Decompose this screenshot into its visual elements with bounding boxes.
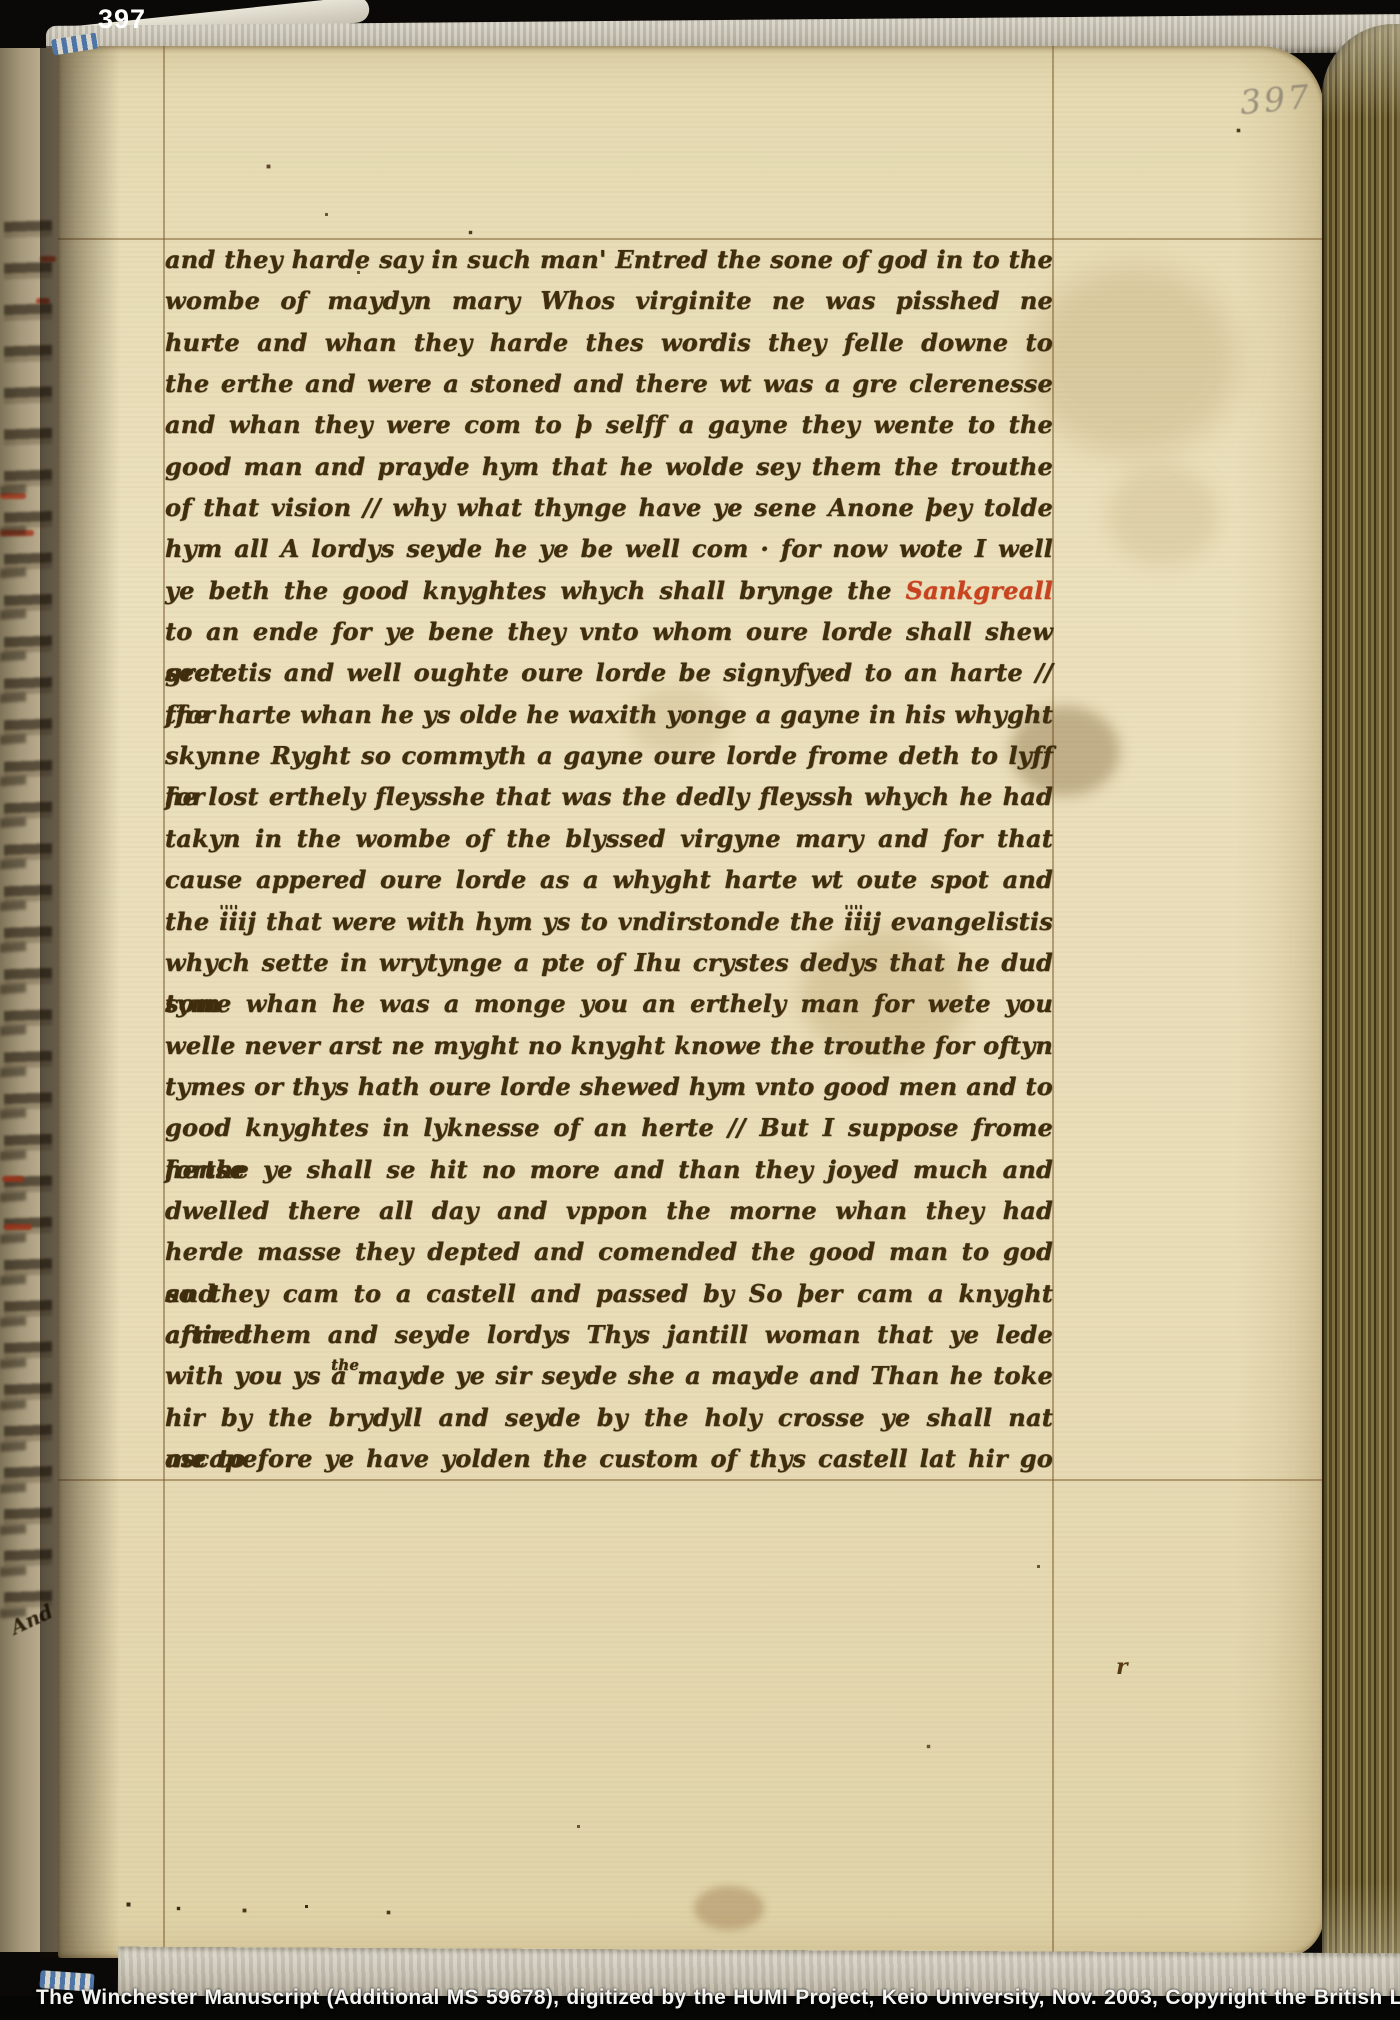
text-segment: the erthe and were a stoned and there wt…: [165, 369, 1053, 398]
rubric-mark: [0, 530, 34, 536]
text-segment: with you ys: [165, 1361, 331, 1390]
text-segment: he lost erthely fleysshe that was the de…: [165, 782, 1053, 811]
manuscript-line: welle never arst ne myght no knyght know…: [165, 1025, 1053, 1066]
text-segment: of that vision // why what thynge have y…: [165, 493, 1053, 522]
manuscript-photograph: And po 397 and they harde say in such ma…: [0, 0, 1400, 2020]
rubric-mark: [0, 493, 26, 499]
pencil-folio-number: 397: [1238, 77, 1313, 122]
manuscript-line: secretis and well oughte oure lorde be s…: [165, 652, 1053, 693]
manuscript-line: he lost erthely fleysshe that was the de…: [165, 776, 1053, 817]
rubric-mark: [2, 1176, 24, 1182]
manuscript-line: so they cam to a castell and passed by S…: [165, 1273, 1053, 1314]
manuscript-line: tymes or thys hath oure lorde shewed hym…: [165, 1066, 1053, 1107]
manuscript-line: wombe of maydyn mary Whos virginite ne w…: [165, 280, 1053, 321]
manuscript-line: aftir them and seyde lordys Thys jantill…: [165, 1314, 1053, 1355]
manuscript-line: the ''''iiij that were with hym ys to vn…: [165, 901, 1053, 942]
text-segment: tyme whan he was a monge you an erthely …: [165, 989, 1053, 1018]
text-segment: cause appered oure lorde as a whyght har…: [165, 865, 1053, 894]
text-segment: the: [165, 907, 219, 936]
text-segment: aftir them and seyde lordys Thys jantill…: [165, 1320, 1053, 1349]
text-segment: and they harde say in such man' Entred t…: [165, 245, 1053, 274]
manuscript-line: takyn in the wombe of the blyssed virgyn…: [165, 818, 1053, 859]
text-segment: ye beth the good knyghtes whych shall br…: [165, 576, 906, 605]
text-segment: forthe ye shall se hit no more and than …: [165, 1155, 1053, 1184]
text-segment: wombe of maydyn mary Whos virginite ne w…: [165, 286, 1053, 315]
text-segment: takyn in the wombe of the blyssed virgyn…: [165, 824, 1053, 853]
manuscript-page: 397 and they harde say in such man' Entr…: [58, 46, 1324, 1958]
manuscript-line: forthe ye shall se hit no more and than …: [165, 1149, 1053, 1190]
manuscript-line: skynne Ryght so commyth a gayne oure lor…: [165, 735, 1053, 776]
quire-signature: r: [1116, 1654, 1128, 1680]
rubric-word: Sankgreall: [906, 576, 1053, 605]
manuscript-line: with you ys thea mayde ye sir seyde she …: [165, 1355, 1053, 1396]
parchment-stain: [1028, 266, 1238, 456]
text-segment: hurte and whan they harde thes wordis th…: [165, 328, 1053, 357]
manuscript-line: hurte and whan they harde thes wordis th…: [165, 322, 1053, 363]
rubric-mark: [4, 1224, 32, 1230]
fore-edge-pages: [1322, 24, 1400, 2010]
parchment-stain: [694, 1886, 764, 1930]
manuscript-line: whych sette in wrytynge a pte of Ihu cry…: [165, 942, 1053, 983]
manuscript-line: the erthe and were a stoned and there wt…: [165, 363, 1053, 404]
manuscript-line: and they harde say in such man' Entred t…: [165, 239, 1053, 280]
text-segment: good man and prayde hym that he wolde se…: [165, 452, 1053, 481]
manuscript-line: herde masse they depted and comended the…: [165, 1231, 1053, 1272]
manuscript-line: good man and prayde hym that he wolde se…: [165, 446, 1053, 487]
text-segment: tymes or thys hath oure lorde shewed hym…: [165, 1072, 1053, 1101]
parchment-stain: [1108, 466, 1218, 566]
rubric-mark: [40, 256, 56, 262]
text-segment: dwelled there all day and vppon the morn…: [165, 1196, 1053, 1225]
text-segment: the harte whan he ys olde he waxith yong…: [165, 700, 1053, 729]
text-segment: a mayde ye sir seyde she a mayde and Tha…: [331, 1361, 1053, 1390]
text-segment: welle never arst ne myght no knyght know…: [165, 1031, 1053, 1060]
manuscript-line: hym all A lordys seyde he ye be well com…: [165, 528, 1053, 569]
manuscript-line: and whan they were com to þ selff a gayn…: [165, 404, 1053, 445]
manuscript-line: the harte whan he ys olde he waxith yong…: [165, 694, 1053, 735]
manuscript-line: dwelled there all day and vppon the morn…: [165, 1190, 1053, 1231]
text-segment: and whan they were com to þ selff a gayn…: [165, 410, 1053, 439]
overlay-page-number: 397: [98, 4, 146, 35]
manuscript-line: hir by the brydyll and seyde by the holy…: [165, 1397, 1053, 1438]
text-segment: me to fore ye have yolden the custom of …: [165, 1444, 1053, 1473]
manuscript-line: ye beth the good knyghtes whych shall br…: [165, 570, 1053, 611]
manuscript-line: good knyghtes in lyknesse of an herte //…: [165, 1107, 1053, 1148]
manuscript-line: me to fore ye have yolden the custom of …: [165, 1438, 1053, 1479]
text-segment: iiij that were with hym ys to vndirstond…: [219, 907, 844, 936]
manuscript-line: to an ende for ye bene they vnto whom ou…: [165, 611, 1053, 652]
manuscript-line: tyme whan he was a monge you an erthely …: [165, 983, 1053, 1024]
copyright-caption: The Winchester Manuscript (Additional MS…: [36, 1986, 1386, 2010]
text-segment: hym all A lordys seyde he ye be well com…: [165, 534, 1053, 563]
text-block: and they harde say in such man' Entred t…: [165, 239, 1053, 1479]
manuscript-line: of that vision // why what thynge have y…: [165, 487, 1053, 528]
rubric-mark: [36, 298, 50, 304]
manuscript-line: cause appered oure lorde as a whyght har…: [165, 859, 1053, 900]
facing-page-edge: [0, 48, 58, 1952]
text-segment: iiij evangelistis: [844, 907, 1053, 936]
